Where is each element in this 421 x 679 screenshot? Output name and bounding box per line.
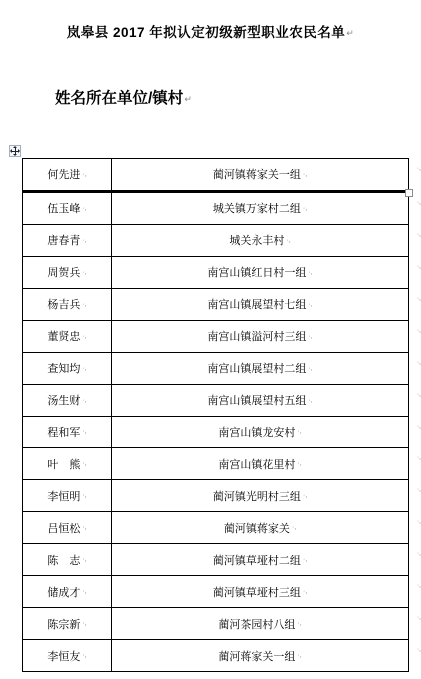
- farmer-name: 储成才: [47, 584, 80, 600]
- name-cell[interactable]: 查知均·,: [23, 353, 112, 384]
- table-row: 叶 熊·,南宫山镇花里村·,·,: [23, 448, 408, 480]
- farmer-location: 蔺河蒋家关一组: [218, 648, 295, 664]
- paragraph-mark-icon: ↵: [346, 28, 354, 38]
- table-row: 伍玉峰·,城关镇万家村二组·,·,: [23, 193, 408, 225]
- farmer-name: 陈 志: [47, 552, 80, 568]
- cell-end-mark-icon: ·,: [82, 365, 86, 372]
- word-document-page: 岚皋县 2017 年拟认定初级新型职业农民名单↵ 姓名所在单位/镇村↵ 何先进·…: [0, 0, 421, 679]
- cell-end-mark-icon: ·,: [82, 492, 86, 499]
- farmer-name: 唐春青: [47, 232, 80, 248]
- row-end-mark-icon: ·,: [417, 231, 421, 238]
- location-cell[interactable]: 南宫山镇龙安村·,: [112, 417, 408, 448]
- row-end-mark-icon: ·,: [417, 454, 421, 461]
- document-title: 岚皋县 2017 年拟认定初级新型职业农民名单↵: [0, 21, 421, 41]
- name-cell[interactable]: 董贤忠·,: [23, 321, 112, 352]
- table-row: 唐春青·,城关永丰村·,·,: [23, 225, 408, 257]
- row-end-mark-icon: ·,: [417, 263, 421, 270]
- cell-end-mark-icon: ·,: [82, 524, 86, 531]
- farmer-location: 南宫山镇花里村: [218, 456, 295, 472]
- farmer-name: 查知均: [47, 360, 80, 376]
- cell-end-mark-icon: ·,: [303, 556, 307, 563]
- location-cell[interactable]: 南宫山镇展望村二组·,: [112, 353, 408, 384]
- document-subtitle-text: 姓名所在单位/镇村: [55, 90, 183, 107]
- table-row: 陈 志·,蔺河镇草垭村二组·,·,: [23, 544, 408, 576]
- document-subtitle: 姓名所在单位/镇村↵: [55, 86, 192, 108]
- location-cell[interactable]: 南宫山镇红日村一组·,: [112, 257, 408, 288]
- farmer-location: 蔺河镇蒋家关: [224, 520, 290, 536]
- location-cell[interactable]: 蔺河镇草垭村三组·,: [112, 576, 408, 607]
- location-cell[interactable]: 南宫山镇溢河村三组·,: [112, 321, 408, 352]
- name-cell[interactable]: 陈宗新·,: [23, 608, 112, 639]
- name-cell[interactable]: 叶 熊·,: [23, 448, 112, 479]
- cell-end-mark-icon: ·,: [82, 620, 86, 627]
- table-row: 吕恒松·,蔺河镇蒋家关·,·,: [23, 512, 408, 544]
- row-end-mark-icon: ·,: [417, 582, 421, 589]
- row-end-mark-icon: ·,: [417, 518, 421, 525]
- cell-end-mark-icon: ·,: [82, 301, 86, 308]
- farmer-name: 汤生财: [47, 392, 80, 408]
- table-row: 周贺兵·,南宫山镇红日村一组·,·,: [23, 257, 408, 289]
- farmer-name: 董贤忠: [47, 328, 80, 344]
- name-cell[interactable]: 何先进·,: [23, 159, 112, 190]
- farmer-name: 程和军: [47, 424, 80, 440]
- paragraph-mark-icon: ↵: [184, 94, 192, 104]
- farmer-name: 李恒明: [47, 488, 80, 504]
- farmer-location: 蔺河镇蒋家关一组: [213, 166, 301, 182]
- farmer-name: 杨吉兵: [47, 296, 80, 312]
- cell-end-mark-icon: ·,: [308, 397, 312, 404]
- location-cell[interactable]: 南宫山镇展望村七组·,: [112, 289, 408, 320]
- farmer-location: 南宫山镇展望村七组: [207, 296, 306, 312]
- move-handle-arrow: [13, 146, 17, 148]
- name-cell[interactable]: 陈 志·,: [23, 544, 112, 575]
- location-cell[interactable]: 蔺河镇蒋家关·,: [112, 512, 408, 543]
- move-handle-arrow: [10, 149, 12, 153]
- farmer-location: 城关永丰村: [229, 232, 284, 248]
- name-cell[interactable]: 汤生财·,: [23, 385, 112, 416]
- cell-end-mark-icon: ·,: [82, 460, 86, 467]
- name-cell[interactable]: 程和军·,: [23, 417, 112, 448]
- farmer-location: 蔺河镇草垭村二组: [213, 552, 301, 568]
- farmer-name: 吕恒松: [47, 520, 80, 536]
- cell-end-mark-icon: ·,: [308, 301, 312, 308]
- farmer-name: 李恒友: [47, 648, 80, 664]
- name-cell[interactable]: 李恒明·,: [23, 480, 112, 511]
- cell-end-mark-icon: ·,: [303, 205, 307, 212]
- cell-end-mark-icon: ·,: [308, 269, 312, 276]
- cell-end-mark-icon: ·,: [297, 620, 301, 627]
- cell-end-mark-icon: ·,: [303, 492, 307, 499]
- cell-end-mark-icon: ·,: [82, 205, 86, 212]
- cell-end-mark-icon: ·,: [308, 365, 312, 372]
- location-cell[interactable]: 蔺河蒋家关一组·,: [112, 640, 408, 671]
- cell-end-mark-icon: ·,: [303, 588, 307, 595]
- farmers-table[interactable]: 何先进·,蔺河镇蒋家关一组·,·,伍玉峰·,城关镇万家村二组·,·,唐春青·,城…: [22, 158, 409, 672]
- name-cell[interactable]: 杨吉兵·,: [23, 289, 112, 320]
- farmer-location: 城关镇万家村二组: [213, 200, 301, 216]
- cell-end-mark-icon: ·,: [286, 237, 290, 244]
- cell-end-mark-icon: ·,: [82, 269, 86, 276]
- location-cell[interactable]: 蔺河茶园村八组·,: [112, 608, 408, 639]
- row-end-mark-icon: ·,: [417, 295, 421, 302]
- location-cell[interactable]: 城关永丰村·,: [112, 225, 408, 256]
- cell-end-mark-icon: ·,: [297, 652, 301, 659]
- cell-end-mark-icon: ·,: [82, 556, 86, 563]
- table-row: 汤生财·,南宫山镇展望村五组·,·,: [23, 385, 408, 417]
- row-end-mark-icon: ·,: [417, 327, 421, 334]
- row-end-mark-icon: ·,: [417, 391, 421, 398]
- row-end-mark-icon: ·,: [417, 199, 421, 206]
- farmer-location: 南宫山镇龙安村: [218, 424, 295, 440]
- farmer-location: 南宫山镇红日村一组: [207, 264, 306, 280]
- document-title-text: 岚皋县 2017 年拟认定初级新型职业农民名单: [67, 25, 346, 40]
- location-cell[interactable]: 城关镇万家村二组·,: [112, 193, 408, 224]
- farmer-name: 伍玉峰: [47, 200, 80, 216]
- farmer-name: 何先进: [47, 166, 80, 182]
- farmer-location: 蔺河镇光明村三组: [213, 488, 301, 504]
- move-handle-arrow: [18, 149, 20, 153]
- location-cell[interactable]: 蔺河镇草垭村二组·,: [112, 544, 408, 575]
- cell-end-mark-icon: ·,: [82, 397, 86, 404]
- row-end-mark-icon: ·,: [417, 646, 421, 653]
- cell-end-mark-icon: ·,: [82, 652, 86, 659]
- location-cell[interactable]: 南宫山镇展望村五组·,: [112, 385, 408, 416]
- cell-end-mark-icon: ·,: [303, 171, 307, 178]
- name-cell[interactable]: 周贺兵·,: [23, 257, 112, 288]
- row-end-mark-icon: ·,: [417, 550, 421, 557]
- name-cell[interactable]: 唐春青·,: [23, 225, 112, 256]
- location-cell[interactable]: 蔺河镇蒋家关一组·,: [112, 159, 408, 190]
- cell-end-mark-icon: ·,: [82, 171, 86, 178]
- table-row: 杨吉兵·,南宫山镇展望村七组·,·,: [23, 289, 408, 321]
- table-row: 董贤忠·,南宫山镇溢河村三组·,·,: [23, 321, 408, 353]
- cell-end-mark-icon: ·,: [308, 333, 312, 340]
- name-cell[interactable]: 李恒友·,: [23, 640, 112, 671]
- table-row: 李恒友·,蔺河蒋家关一组·,·,: [23, 640, 408, 671]
- location-cell[interactable]: 蔺河镇光明村三组·,: [112, 480, 408, 511]
- location-cell[interactable]: 南宫山镇花里村·,: [112, 448, 408, 479]
- row-end-mark-icon: ·,: [417, 486, 421, 493]
- table-row: 陈宗新·,蔺河茶园村八组·,·,: [23, 608, 408, 640]
- farmer-location: 南宫山镇展望村二组: [207, 360, 306, 376]
- farmer-name: 叶 熊: [47, 456, 80, 472]
- cell-end-mark-icon: ·,: [82, 333, 86, 340]
- table-border-resize-handle[interactable]: [405, 189, 413, 197]
- farmer-location: 蔺河茶园村八组: [218, 616, 295, 632]
- cell-end-mark-icon: ·,: [297, 428, 301, 435]
- farmer-name: 陈宗新: [47, 616, 80, 632]
- name-cell[interactable]: 吕恒松·,: [23, 512, 112, 543]
- name-cell[interactable]: 伍玉峰·,: [23, 193, 112, 224]
- move-handle-arrow: [13, 154, 17, 156]
- row-end-mark-icon: ·,: [417, 423, 421, 430]
- row-end-mark-icon: ·,: [417, 165, 421, 172]
- table-row: 李恒明·,蔺河镇光明村三组·,·,: [23, 480, 408, 512]
- row-end-mark-icon: ·,: [417, 614, 421, 621]
- cell-end-mark-icon: ·,: [82, 428, 86, 435]
- farmer-name: 周贺兵: [47, 264, 80, 280]
- name-cell[interactable]: 储成才·,: [23, 576, 112, 607]
- cell-end-mark-icon: ·,: [82, 588, 86, 595]
- farmer-location: 南宫山镇展望村五组: [207, 392, 306, 408]
- cell-end-mark-icon: ·,: [82, 237, 86, 244]
- table-row: 储成才·,蔺河镇草垭村三组·,·,: [23, 576, 408, 608]
- farmer-location: 蔺河镇草垭村三组: [213, 584, 301, 600]
- table-row: 程和军·,南宫山镇龙安村·,·,: [23, 417, 408, 449]
- cell-end-mark-icon: ·,: [297, 460, 301, 467]
- farmer-location: 南宫山镇溢河村三组: [207, 328, 306, 344]
- table-row: 查知均·,南宫山镇展望村二组·,·,: [23, 353, 408, 385]
- table-move-handle-icon[interactable]: [9, 145, 21, 157]
- cell-end-mark-icon: ·,: [292, 524, 296, 531]
- row-end-mark-icon: ·,: [417, 359, 421, 366]
- table-row: 何先进·,蔺河镇蒋家关一组·,·,: [23, 159, 408, 193]
